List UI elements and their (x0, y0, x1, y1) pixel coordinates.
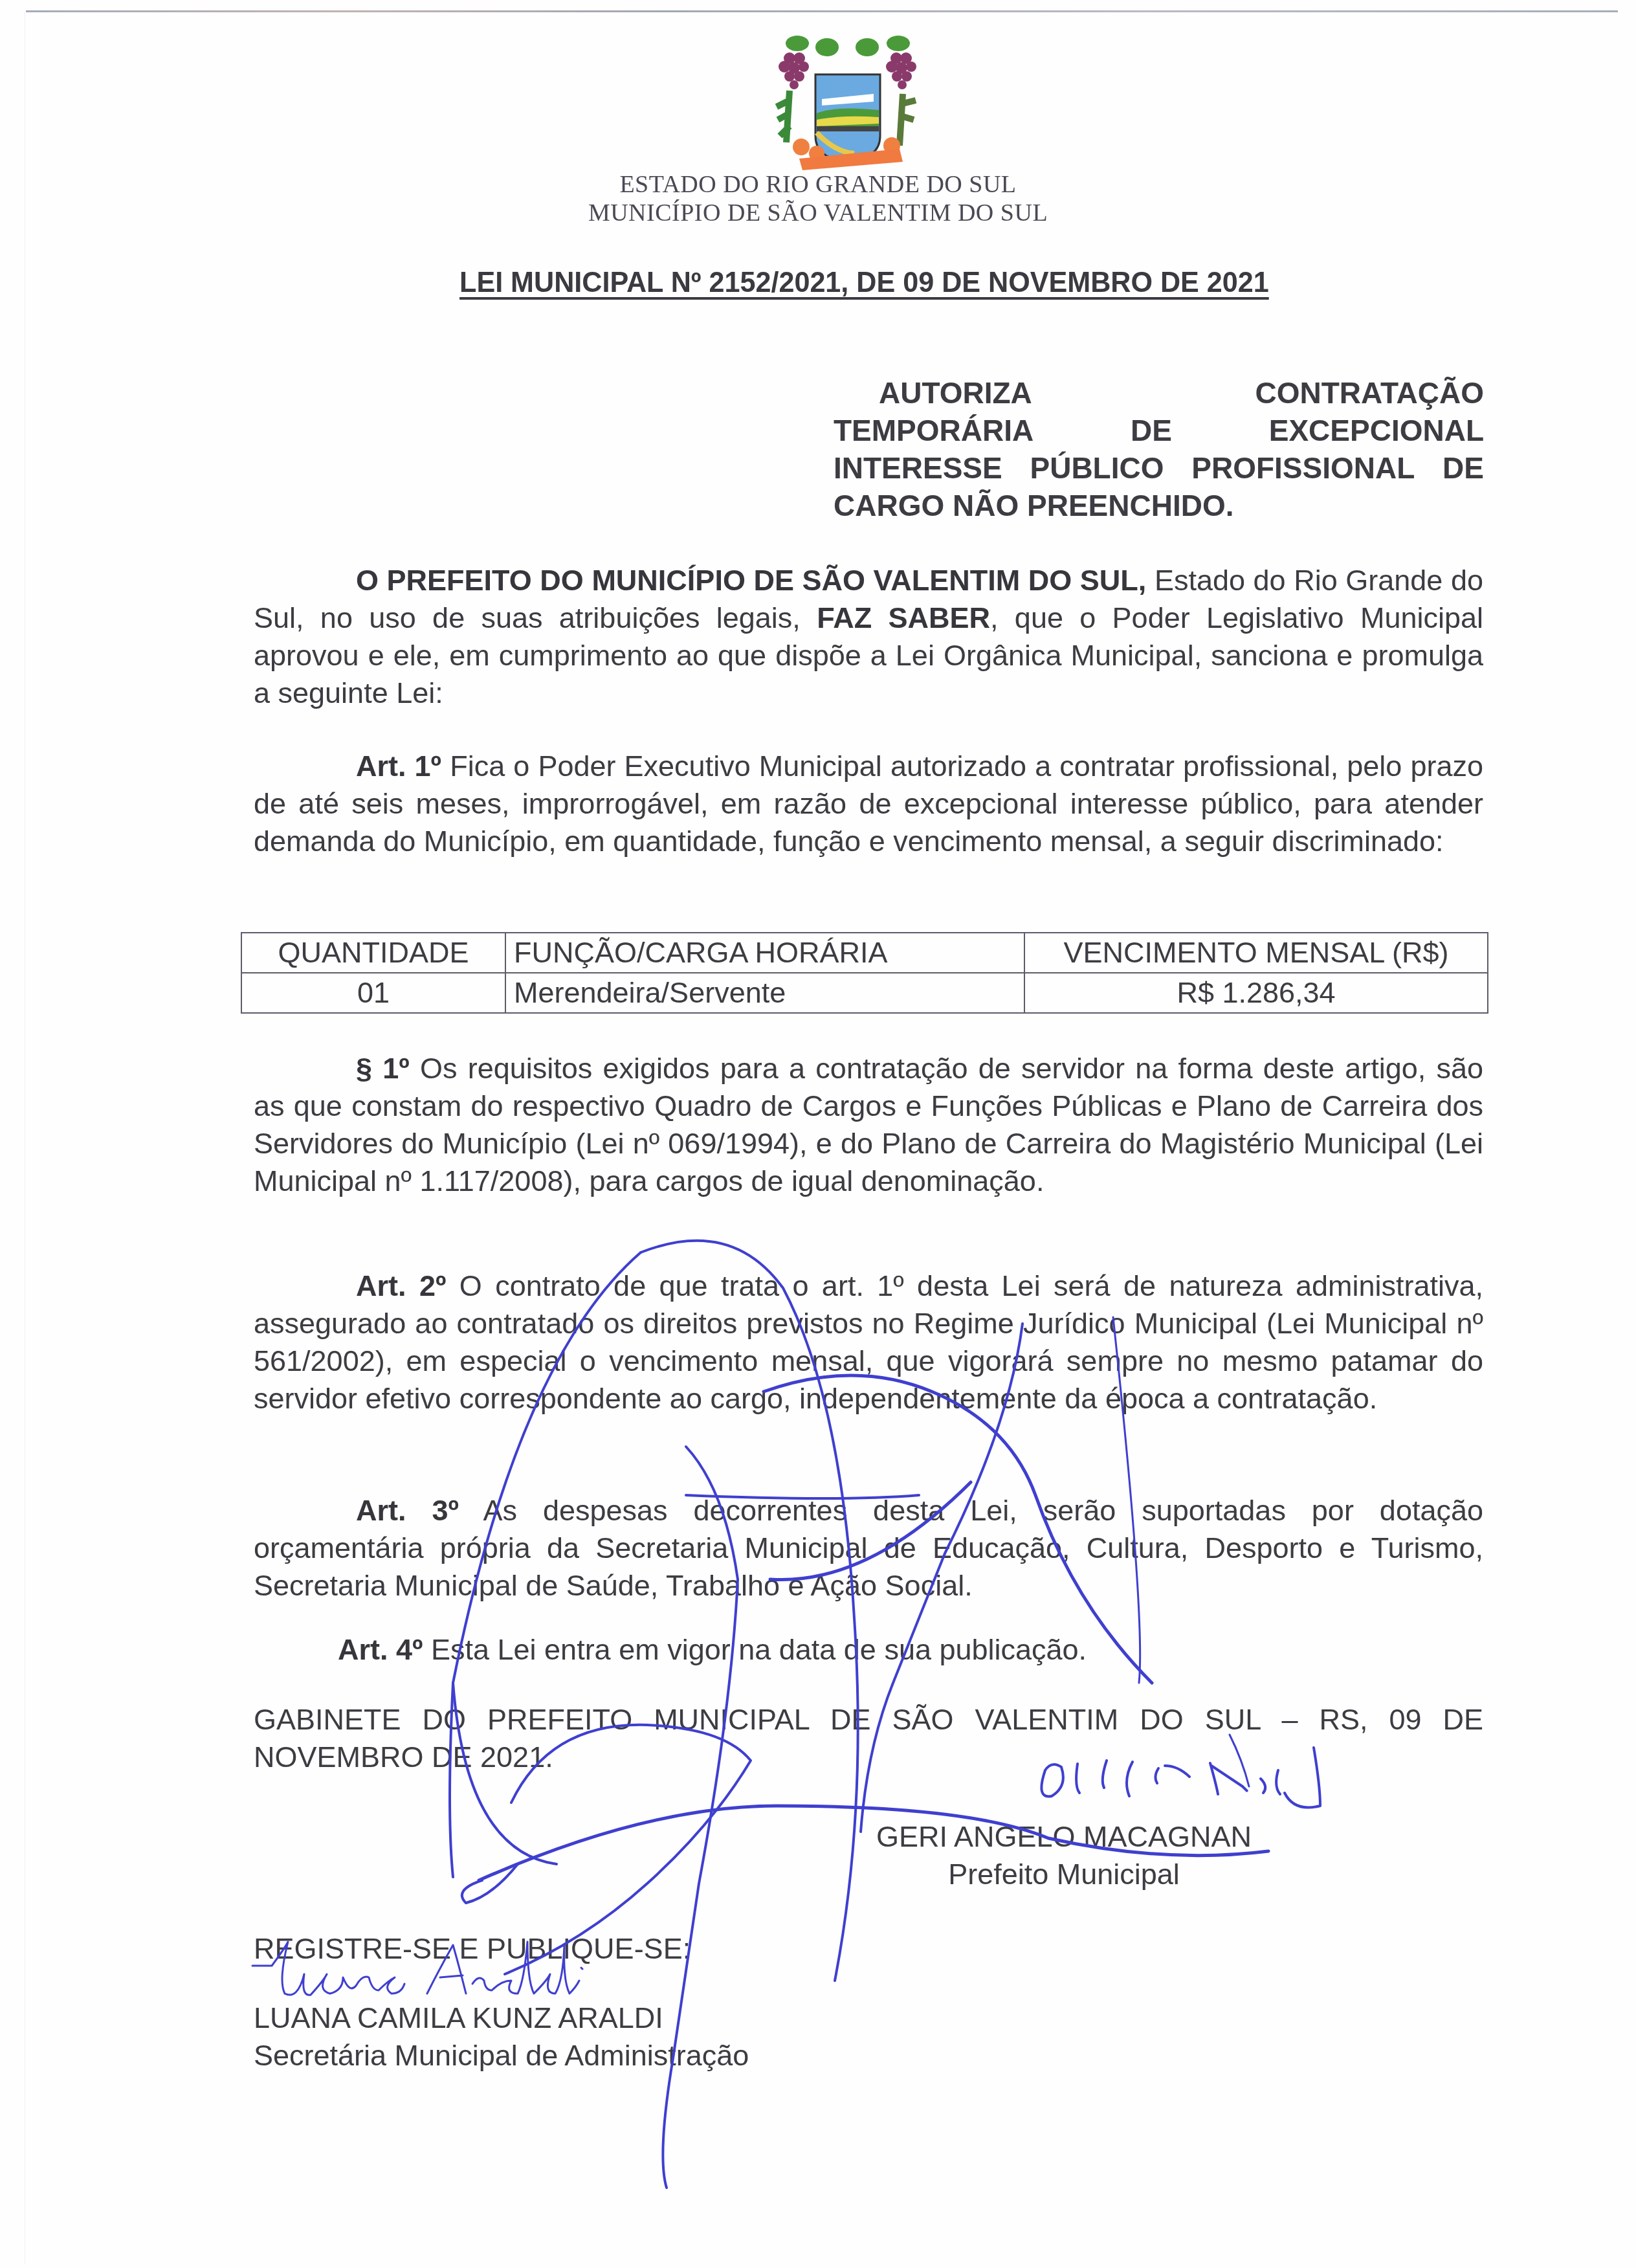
state-heading: ESTADO DO RIO GRANDE DO SUL (0, 170, 1636, 199)
document-page: ESTADO DO RIO GRANDE DO SUL MUNICÍPIO DE… (0, 0, 1636, 2268)
municipality-heading: MUNICÍPIO DE SÃO VALENTIM DO SUL (0, 199, 1636, 227)
summary-word: INTERESSE (834, 449, 1002, 487)
cell-salary: R$ 1.286,34 (1024, 973, 1488, 1013)
column-header-quantity: QUANTIDADE (241, 933, 505, 973)
law-summary: AUTORIZA CONTRATAÇÃO TEMPORÁRIA DE EXCEP… (834, 374, 1484, 524)
summary-word: DE (1131, 412, 1172, 449)
article-label: Art. 2º (356, 1269, 446, 1302)
column-header-function: FUNÇÃO/CARGA HORÁRIA (505, 933, 1024, 973)
article-4: Art. 4º Esta Lei entra em vigor na data … (254, 1631, 1483, 1669)
cell-quantity: 01 (241, 973, 505, 1013)
summary-word: CONTRATAÇÃO (1255, 374, 1484, 412)
table-header-row: QUANTIDADE FUNÇÃO/CARGA HORÁRIA VENCIMEN… (241, 933, 1488, 973)
paragraph-label: § 1º (356, 1052, 410, 1085)
article-3: Art. 3º As despesas decorrentes desta Le… (254, 1492, 1483, 1605)
mayor-role: Prefeito Municipal (246, 1858, 1636, 1891)
summary-line: CARGO NÃO PREENCHIDO. (834, 487, 1484, 524)
table-row: 01 Merendeira/Servente R$ 1.286,34 (241, 973, 1488, 1013)
summary-word: CARGO NÃO PREENCHIDO. (834, 487, 1233, 524)
mayor-name: GERI ANGELO MACAGNAN (246, 1820, 1636, 1854)
preamble-lead: O PREFEITO DO MUNICÍPIO DE SÃO VALENTIM … (356, 564, 1146, 597)
summary-word: DE (1443, 449, 1484, 487)
article-1: Art. 1º Fica o Poder Executivo Municipal… (254, 748, 1483, 860)
summary-line: AUTORIZA CONTRATAÇÃO (834, 374, 1484, 412)
preamble-paragraph: O PREFEITO DO MUNICÍPIO DE SÃO VALENTIM … (254, 562, 1483, 712)
paragraph-text: Os requisitos exigidos para a contrataçã… (254, 1052, 1483, 1197)
summary-word: EXCEPCIONAL (1269, 412, 1484, 449)
scan-edge-line (25, 12, 25, 2264)
closing-statement: GABINETE DO PREFEITO MUNICIPAL DE SÃO VA… (254, 1701, 1483, 1776)
cell-function: Merendeira/Servente (505, 973, 1024, 1013)
paragraph-1: § 1º Os requisitos exigidos para a contr… (254, 1050, 1483, 1200)
summary-word: PROFISSIONAL (1191, 449, 1415, 487)
summary-line: TEMPORÁRIA DE EXCEPCIONAL (834, 412, 1484, 449)
scan-edge-line (26, 10, 1618, 12)
law-title: LEI MUNICIPAL Nº 2152/2021, DE 09 DE NOV… (401, 267, 1327, 299)
article-label: Art. 3º (356, 1494, 459, 1527)
article-label: Art. 1º (356, 750, 441, 783)
column-header-salary: VENCIMENTO MENSAL (R$) (1024, 933, 1488, 973)
summary-word: TEMPORÁRIA (834, 412, 1034, 449)
hiring-table: QUANTIDADE FUNÇÃO/CARGA HORÁRIA VENCIMEN… (241, 932, 1488, 1014)
registry-heading: REGISTRE-SE E PUBLIQUE-SE: (254, 1932, 691, 1966)
summary-word: PÚBLICO (1030, 449, 1164, 487)
article-label: Art. 4º (338, 1633, 423, 1666)
article-2: Art. 2º O contrato de que trata o art. 1… (254, 1267, 1483, 1417)
secretary-name: LUANA CAMILA KUNZ ARALDI (254, 2001, 663, 2035)
article-text: Esta Lei entra em vigor na data de sua p… (423, 1633, 1087, 1666)
summary-line: INTERESSE PÚBLICO PROFISSIONAL DE (834, 449, 1484, 487)
municipal-coat-of-arms-icon (770, 29, 925, 172)
summary-word: AUTORIZA (879, 374, 1032, 412)
faz-saber: FAZ SABER (817, 601, 990, 634)
secretary-role: Secretária Municipal de Administração (254, 2039, 749, 2073)
